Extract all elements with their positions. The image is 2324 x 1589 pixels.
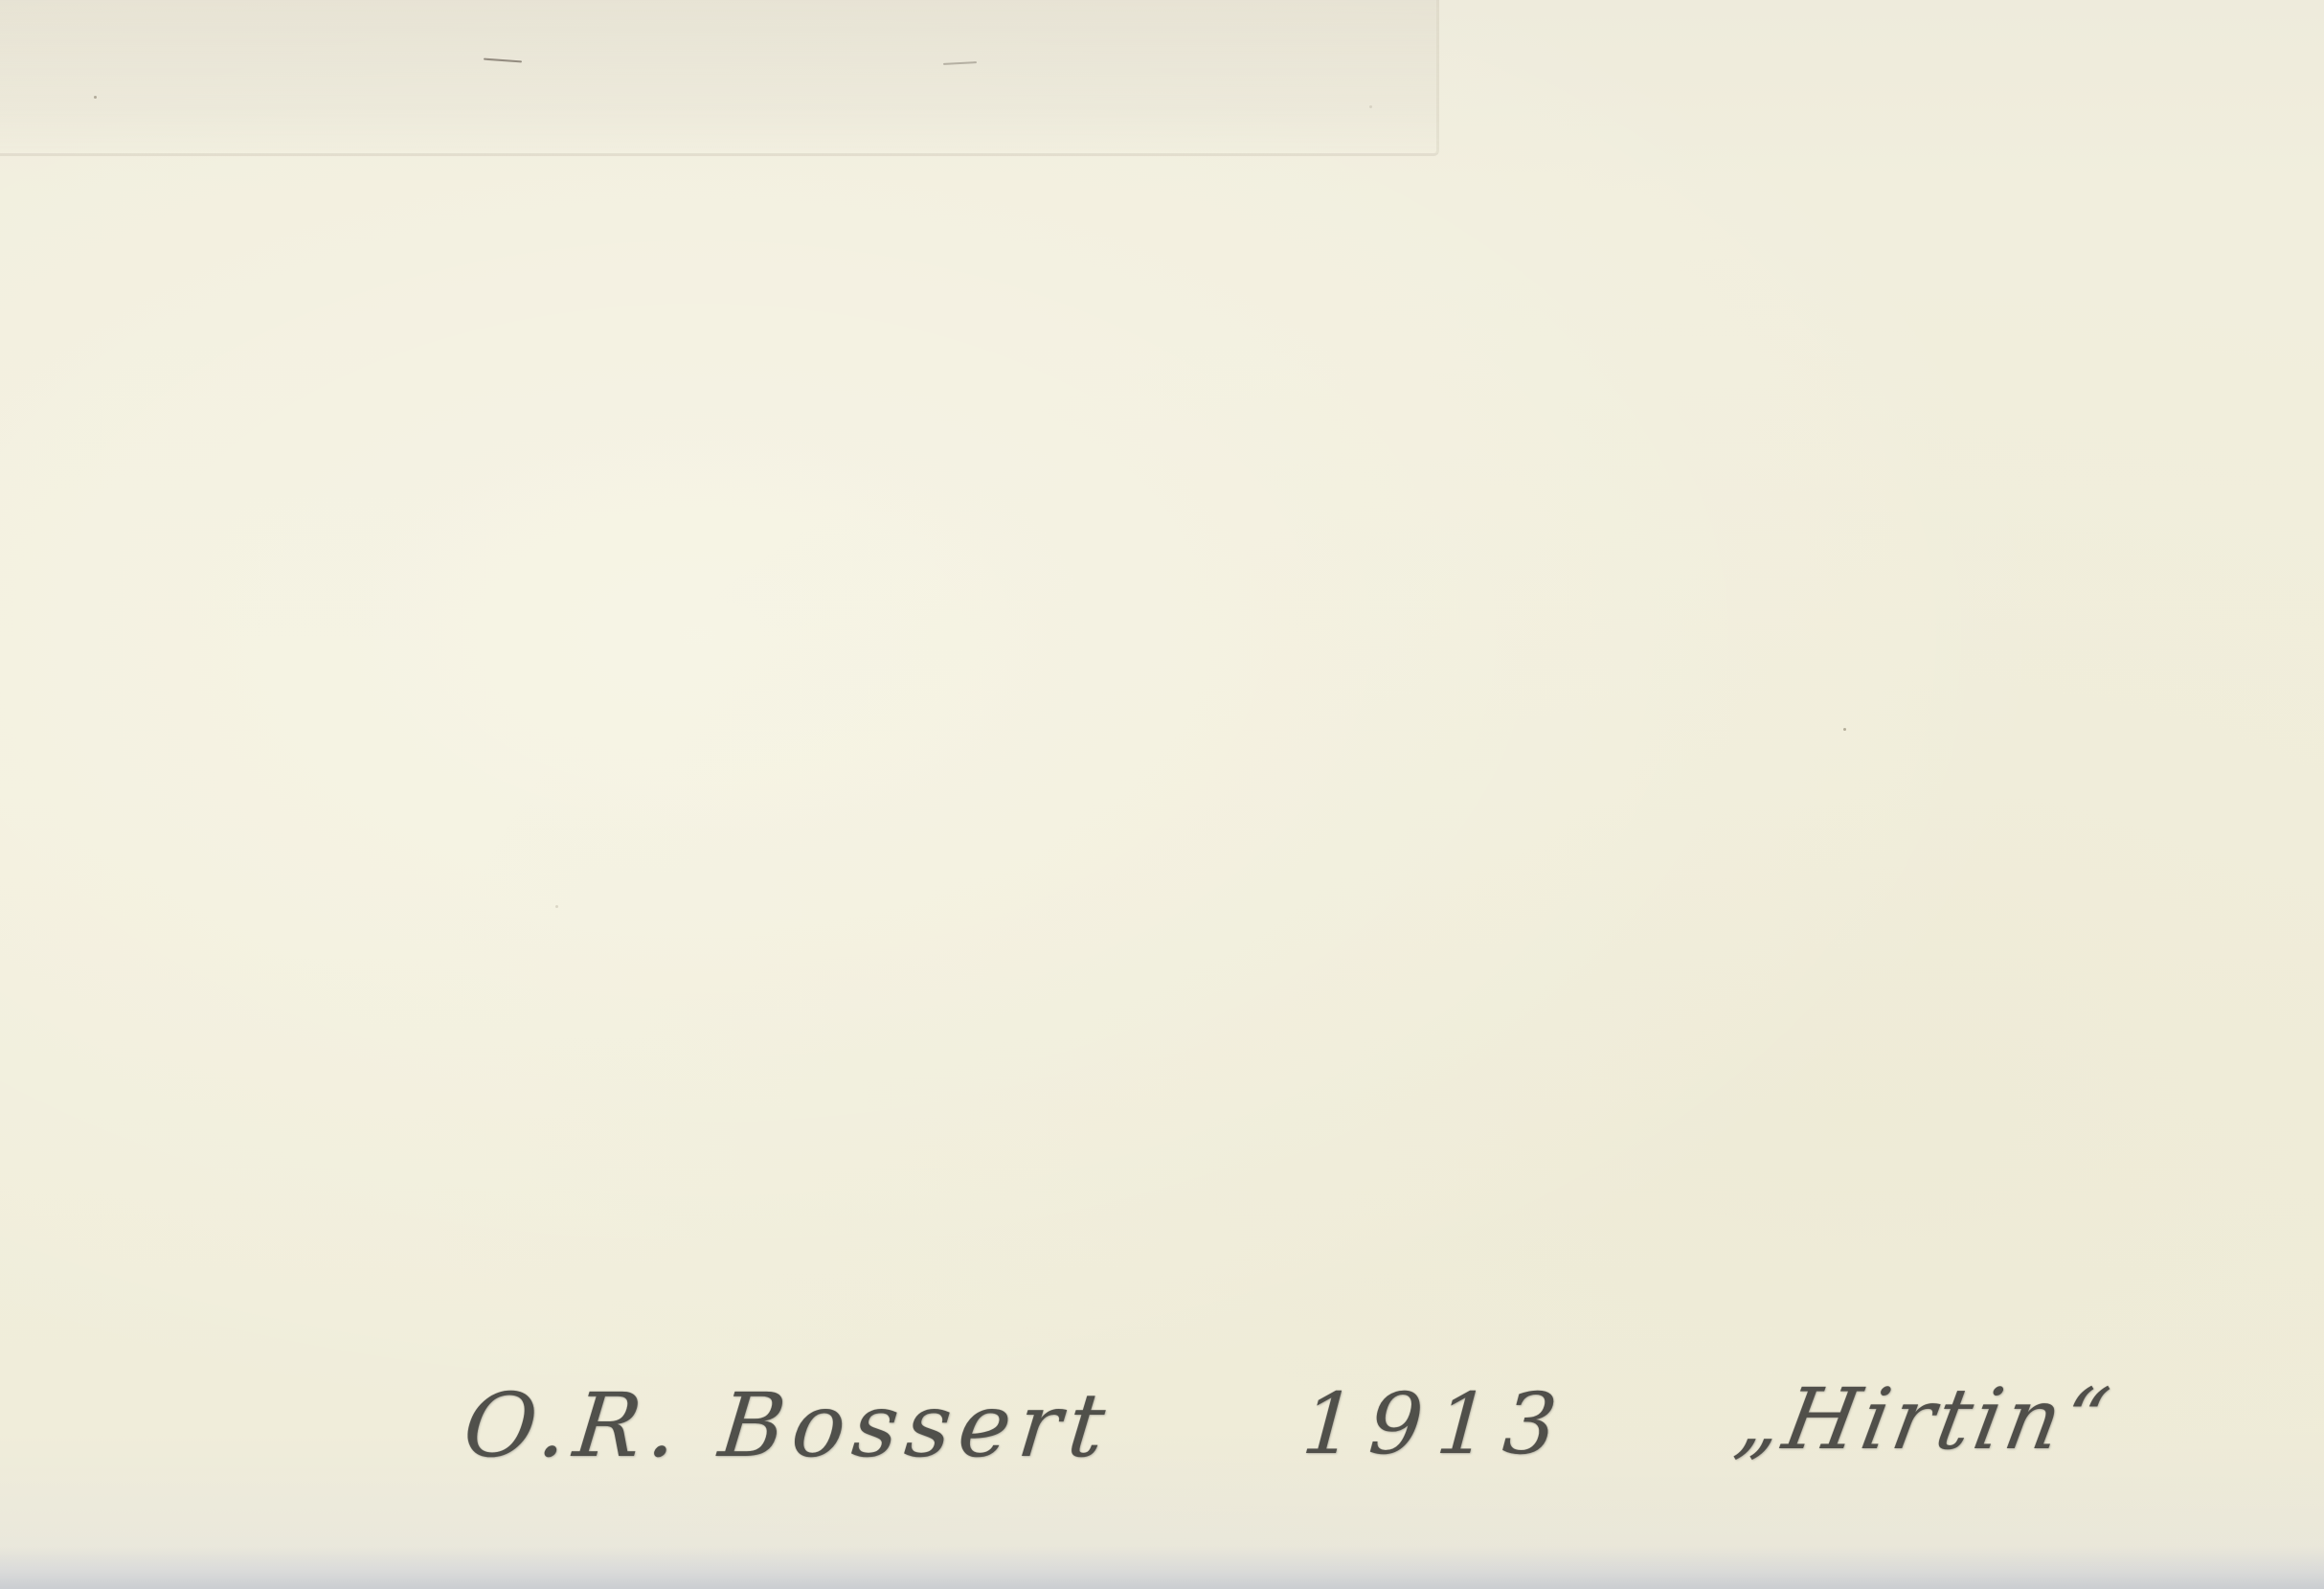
paper-speck	[94, 96, 97, 99]
artwork-title: „Hirtin“	[1729, 1370, 2120, 1468]
artist-signature: O.R. Bossert	[459, 1374, 1117, 1477]
image-bottom-edge	[0, 1546, 2324, 1589]
paper-speck	[1843, 728, 1846, 731]
plate-mark	[0, 0, 1439, 156]
paper-speck	[555, 905, 558, 908]
pencil-inscription: O.R. Bossert 1913 „Hirtin“	[0, 1336, 2324, 1528]
inscription-year: 1913	[1298, 1374, 1573, 1473]
paper-speck	[1369, 105, 1372, 108]
paper-sheet: O.R. Bossert 1913 „Hirtin“	[0, 0, 2324, 1589]
